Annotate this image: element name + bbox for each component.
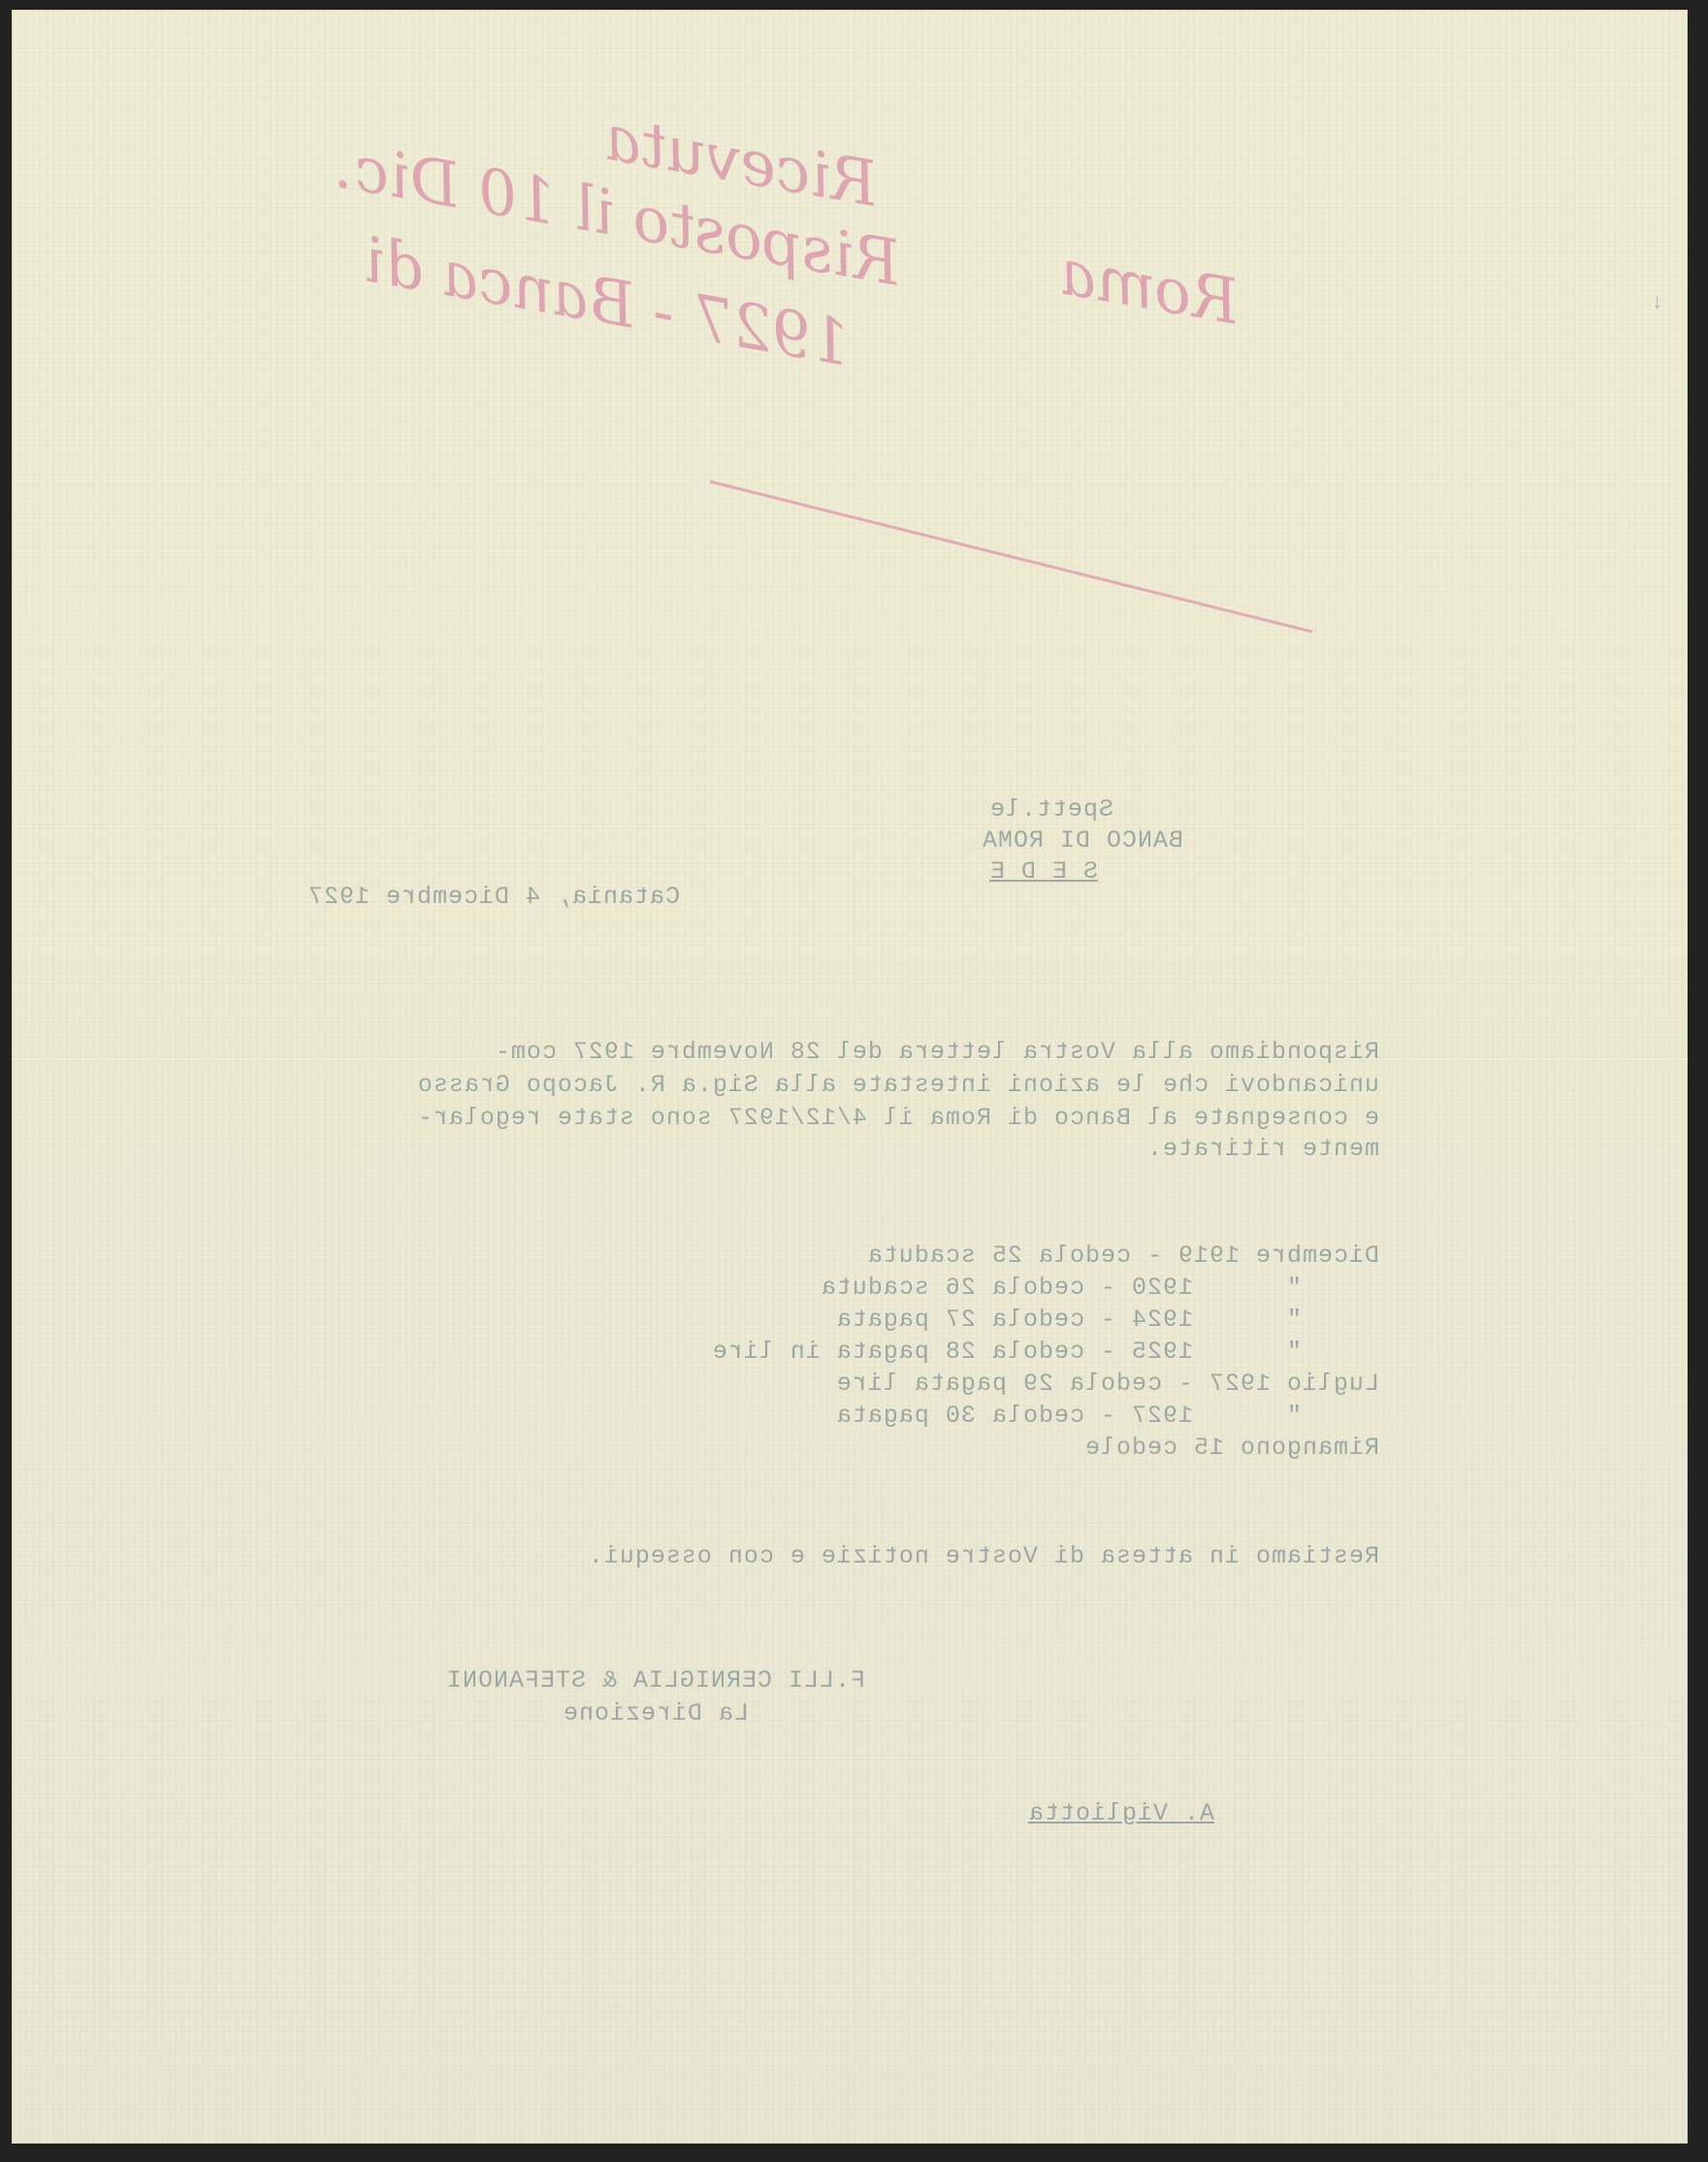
place-date: Catania, 4 Dicembre 1927 bbox=[307, 883, 812, 912]
body-line: mente ritirate. bbox=[1146, 1135, 1379, 1164]
reference-initials: A. Vigliotta bbox=[1030, 1799, 1214, 1828]
body-line: Rispondiamo alla Vostra lettera del 28 N… bbox=[341, 1038, 1379, 1067]
sender-line: S E D E bbox=[989, 857, 1183, 887]
sender-line: BANCO DI ROMA bbox=[989, 826, 1183, 855]
margin-mark: ↓ bbox=[1651, 291, 1663, 315]
list-item: Rimangono 15 cedole bbox=[1088, 1434, 1379, 1463]
pencil-strike-line bbox=[710, 480, 1313, 633]
body-line: e consegnate al Banco di Roma il 4/12/19… bbox=[341, 1104, 1379, 1133]
signature-role: La Direzione bbox=[555, 1699, 749, 1728]
company-name: F.LLI CERNIGLIA & STEFANONI bbox=[419, 1666, 865, 1695]
list-item: Luglio 1927 - cedola 29 pagata lire bbox=[710, 1370, 1379, 1399]
list-item: Dicembre 1919 - cedola 25 scaduta bbox=[710, 1242, 1379, 1271]
annotation-line: Roma bbox=[1054, 237, 1244, 339]
closing-line: Restiamo in attesa di Vostre notizie e c… bbox=[419, 1542, 1379, 1571]
list-item: " 1924 - cedola 27 pagata bbox=[710, 1306, 1379, 1335]
sender-line: Spett.le bbox=[989, 795, 1183, 824]
list-item: " 1920 - cedola 26 scaduta bbox=[710, 1274, 1379, 1303]
body-line: unicandovi che le azioni intestate alla … bbox=[341, 1071, 1379, 1100]
list-item: " 1925 - cedola 28 pagata in lire bbox=[710, 1338, 1379, 1367]
letter-page: Ricevuta Risposto il 10 Dic. 1927 - Banc… bbox=[12, 10, 1688, 2144]
list-item: " 1927 - cedola 30 pagata bbox=[710, 1402, 1379, 1431]
